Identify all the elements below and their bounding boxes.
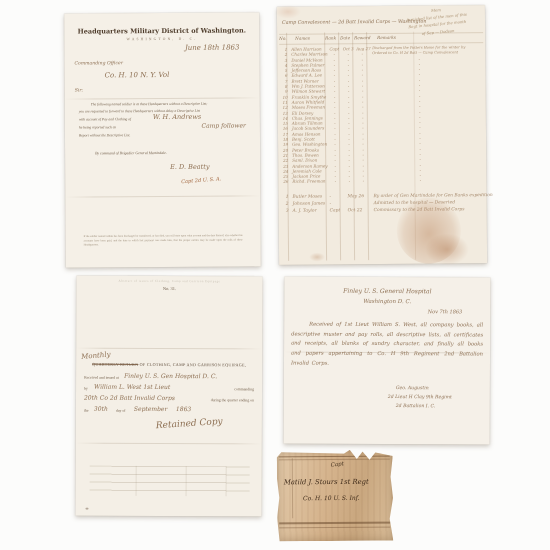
ledger-cell-n: 21 [282,153,288,158]
ledger-cell-n: 4 [281,63,287,68]
receipt-date-line: Nov 7th 1863 [428,310,463,315]
ledger-cell-n: 12 [282,105,288,110]
hq-addressee-line2: Co. H. 10 N. Y. Vol [105,72,170,79]
ledger-cell-rem: Ordered to Co. H 2d Batt — Camp Convales… [372,51,458,56]
ledger-cell-n: 5 [281,68,287,73]
ledger-cell-n: 17 [282,132,288,137]
hq-body-line4-handwritten: Camp follower [201,123,245,129]
receipt-body-paragraph: Received of 1st Lieut William S. West, a… [291,320,483,369]
hq-body-line1: The following named soldier is at these … [91,103,208,107]
ledger-cell-name: Butler Moses [293,195,323,200]
ledger-col-rank: Rank [325,36,336,40]
form-commanding-printed: commanding [234,388,254,392]
hq-footnote: If the soldier named within has been dis… [84,234,243,248]
ledger-cell-m1: Capt [330,208,346,213]
ledger-col-names: Names [295,37,310,41]
form-day-handwritten: 30th [94,407,108,413]
ledger-cell-n: 15 [282,121,288,126]
fold-crease [65,97,260,99]
paper-speck [86,508,89,510]
form-table-rule [226,466,227,496]
ledger-row: 26Richd. Freeman---- [281,178,483,185]
ledger-cell-rem: Discharged from the Potters Home for the… [372,45,465,50]
ledger-cell-n: 23 [282,163,288,168]
ledger-cell-n: 7 [282,79,288,84]
ledger-cell-d: - [414,178,426,183]
receipt-signature-unit: 2d Battalion I. C. [396,405,436,410]
ledger-cell-name: Johnson James [293,201,326,206]
hq-body-line3-handwritten-name: W. H. Andrews [153,114,201,121]
hq-addressee-line1: Commanding Officer [75,62,123,67]
ledger-cell-n: 9 [282,89,288,94]
ledger-col-reward: Reward [354,36,370,40]
form-handwritten-monthly: Monthly [81,351,111,360]
ledger-col-remarks: Remarks [377,36,396,40]
receipt-city-line: Washington D. C. [284,299,490,306]
form-title-rest: OF CLOTHING, CAMP AND GARRISON EQUIPAGE, [138,362,246,367]
auction-photo-background: Headquarters Military District of Washin… [0,0,550,550]
form-received-handwritten: Finley U. S. Gen Hospital D. C. [124,374,217,380]
ledger-cell-n: 26 [282,179,288,184]
form-struck-label: QUARTERLY RETURN [92,362,138,367]
hq-signature: E. D. Beatty [170,164,209,171]
ledger-cell-n: 2 [281,52,287,57]
hq-command-line: By command of Brigadier General Martinda… [95,152,167,156]
hq-letterhead-city: WASHINGTON, D. C. [64,37,259,42]
paper-stain [275,5,301,19]
fold-crease [76,348,262,350]
paper-stain [425,233,469,265]
form-received-printed: Received and issued at [84,377,119,381]
hq-salutation: Sir: [75,89,83,94]
receipt-hospital-line: Finley U. S. General Hospital [284,288,490,295]
ledger-cell-b: - [343,179,355,184]
form-month-handwritten: September [134,407,167,413]
ledger-cell-n: 14 [282,116,288,121]
fold-crease [65,195,260,197]
ledger-col-date: Date [340,36,350,40]
ledger-cell-n: 16 [282,126,288,131]
ledger-cell-name: A. J. Taylor [293,209,317,214]
ledger-cell-n: 22 [282,158,288,163]
form-by-handwritten: William L. West 1st Lieut [94,385,170,391]
form-table-rule [136,466,137,496]
ledger-rows: 1Allen HarrisonCaptOct 3Aug 27Discharged… [280,45,483,184]
ledger-cell-m2: Oct 22 [348,208,370,213]
hq-letterhead-title: Headquarters Military District of Washin… [64,27,259,35]
form-company-handwritten: 20th Co 2d Batt Invalid Corps [84,396,175,402]
ledger-cell-m2: May 26 [348,194,370,199]
ledger-cell-n: 19 [282,142,288,147]
form-title-line: QUARTERLY RETURN OF CLOTHING, CAMP AND G… [76,363,262,368]
document-receipt-letter: Finley U. S. General Hospital Washington… [284,276,491,444]
hq-date-line: June 18th 1863 [185,45,240,52]
form-during-printed: during the quarter ending on [211,399,254,403]
ledger-cell-n: 10 [282,94,288,99]
ledger-cell-n: 1 [283,195,289,200]
ledger-cell-n: 25 [282,174,288,179]
receipt-signature-rank: 2d Lieut H Clay 9th Regimt [388,396,452,401]
wooden-board-artifact: Capt Matild J. Stours 1st Regt Co. H. 10… [277,450,394,542]
ledger-cell-m1: - [330,201,346,206]
ledger-cell-name: Richd. Freeman [292,179,325,184]
ledger-cell-n: 18 [282,137,288,142]
form-ghost-print: Abstract of issues of Clothing, Camp and… [95,280,244,284]
document-hq-letter: Headquarters Military District of Washin… [64,12,261,267]
form-retained-copy: Retained Copy [156,418,223,431]
document-ledger-roll: Mem furnished list of the men of this Re… [277,5,487,265]
hq-body-line4-printed: he being reported such as [79,126,116,130]
form-table-rule [186,466,187,496]
receipt-signature-name: Geo. Augustin [396,387,429,392]
hq-body-line3-printed: with account of Pay and Clothing of [79,118,131,122]
ledger-cell-n: 2 [283,202,289,207]
hq-signature-title: Capt 2d U. S. A. [181,177,221,185]
ledger-cell-c: - [357,179,369,184]
ledger-cell-n: 3 [283,209,289,214]
ledger-cell-a: - [329,179,341,184]
ledger-cell-m1: - [330,194,346,199]
ledger-cell-n: 6 [281,73,287,78]
form-dayof-printed: day of [116,410,126,414]
form-the-printed: the [84,410,89,414]
ledger-cell-n: 3 [281,57,287,62]
form-by-printed: by [84,388,88,392]
paper-stain [309,253,325,262]
ledger-cell-n: 11 [282,100,288,105]
ledger-cell-n: 8 [282,84,288,89]
form-year-handwritten: 1863 [176,407,191,413]
board-inscription-line2: Matild J. Stours 1st Regt [284,479,369,486]
fold-crease [76,443,262,445]
ledger-cell-n: 20 [282,147,288,152]
ledger-cell-n: 24 [282,169,288,174]
ledger-cell-n: 13 [282,110,288,115]
form-number: No. 31. [76,287,262,292]
board-inscription-line3: Co. H. 10 U. S. Inf. [303,496,360,502]
ledger-cell-n: 1 [281,47,287,52]
hq-body-line5: Report without the Descriptive List. [79,134,130,138]
document-return-form: Abstract of issues of Clothing, Camp and… [75,276,262,517]
